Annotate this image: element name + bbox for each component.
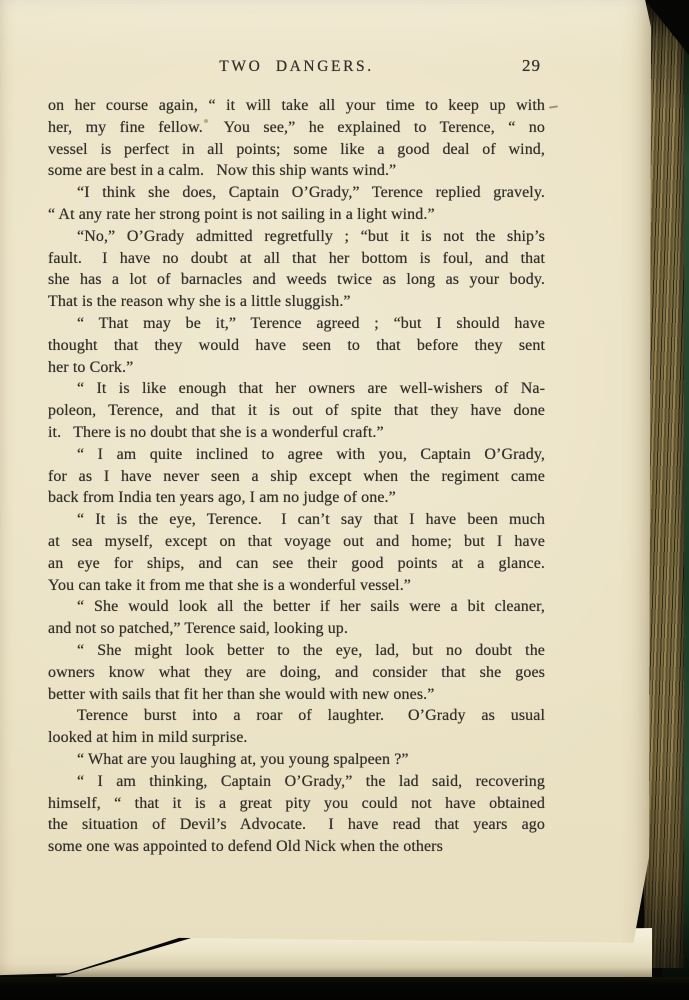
paragraph: “ She might look better to the eye, lad,… (48, 640, 545, 705)
text-line: “ She might look better to the eye, lad,… (48, 640, 545, 662)
page-edge-highlight (56, 975, 624, 977)
text-line: “ It is like enough that her owners are … (48, 378, 545, 400)
text-line: she has a lot of barnacles and weeds twi… (48, 269, 545, 291)
text-line: “I think she does, Captain O’Grady,” Ter… (48, 182, 545, 204)
text-line: “ That may be it,” Terence agreed ; “but… (48, 313, 545, 335)
paragraph: Terence burst into a roar of laughter. O… (48, 705, 545, 749)
text-line: “No,” O’Grady admitted regretfully ; “bu… (48, 226, 545, 248)
text-line: fault. I have no doubt at all that her b… (48, 248, 545, 270)
text-line: and not so patched,” Terence said, looki… (48, 618, 545, 640)
text-line: back from India ten years ago, I am no j… (48, 487, 545, 509)
text-line: her to Cork.” (48, 357, 545, 379)
paragraph: “ It is like enough that her owners are … (48, 378, 545, 443)
text-line: her, my fine fellow. You see,” he explai… (48, 117, 545, 139)
text-line: owners know what they are doing, and con… (48, 662, 545, 684)
paragraph: “ I am quite inclined to agree with you,… (48, 444, 545, 509)
paragraph: “ What are you laughing at, you young sp… (48, 749, 545, 771)
paragraph: “ She would look all the better if her s… (48, 596, 545, 640)
text-line: poleon, Terence, and that it is out of s… (48, 400, 545, 422)
text-line: at sea myself, except on that voyage out… (48, 531, 545, 553)
paragraph: “ I am thinking, Captain O’Grady,” the l… (48, 771, 545, 858)
text-line: looked at him in mild surprise. (48, 727, 545, 749)
text-line: That is the reason why she is a little s… (48, 291, 545, 313)
text-line: himself, “ that it is a great pity you c… (48, 793, 545, 815)
text-line: the situation of Devil’s Advocate. I hav… (48, 814, 545, 836)
text-line: Terence burst into a roar of laughter. O… (48, 705, 545, 727)
running-title: TWO DANGERS. (48, 58, 545, 76)
text-line: You can take it from me that she is a wo… (48, 575, 545, 597)
paragraph: “I think she does, Captain O’Grady,” Ter… (48, 182, 545, 226)
text-line: “ What are you laughing at, you young sp… (48, 749, 545, 771)
text-line: for as I have never seen a ship except w… (48, 466, 545, 488)
printed-text-column: TWO DANGERS. 29 on her course again, “ i… (48, 56, 545, 858)
page-number: 29 (522, 56, 541, 76)
text-line: vessel is perfect in all points; some li… (48, 139, 545, 161)
text-line: an eye for ships, and can see their good… (48, 553, 545, 575)
text-line: better with sails that fit her than she … (48, 684, 545, 706)
paragraph: on her course again, “ it will take all … (48, 95, 545, 182)
text-line: it. There is no doubt that she is a wond… (48, 422, 545, 444)
text-line: “ At any rate her strong point is not sa… (48, 204, 545, 226)
text-line: some one was appointed to defend Old Nic… (48, 836, 545, 858)
text-line: “ I am quite inclined to agree with you,… (48, 444, 545, 466)
page-header: TWO DANGERS. 29 (48, 56, 545, 82)
paragraph: “ That may be it,” Terence agreed ; “but… (48, 313, 545, 378)
paragraph: “No,” O’Grady admitted regretfully ; “bu… (48, 226, 545, 313)
text-line: some are best in a calm. Now this ship w… (48, 160, 545, 182)
text-line: “ I am thinking, Captain O’Grady,” the l… (48, 771, 545, 793)
page-text: on her course again, “ it will take all … (48, 95, 545, 858)
text-line: thought that they would have seen to tha… (48, 335, 545, 357)
desk-background (0, 977, 689, 1000)
text-line: “ It is the eye, Terence. I can’t say th… (48, 509, 545, 531)
text-line: “ She would look all the better if her s… (48, 596, 545, 618)
text-line: on her course again, “ it will take all … (48, 95, 545, 117)
paragraph: “ It is the eye, Terence. I can’t say th… (48, 509, 545, 596)
